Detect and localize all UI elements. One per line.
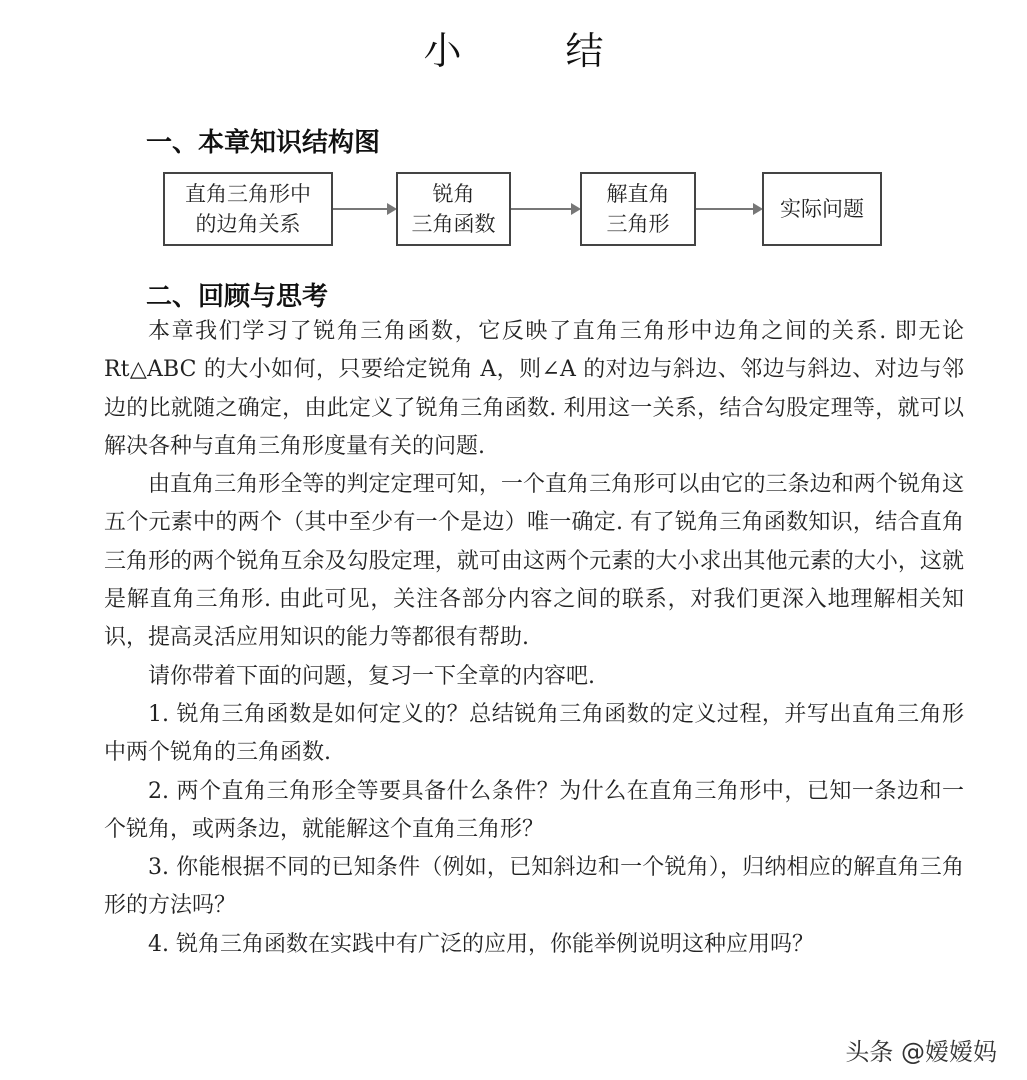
flow-box-practical-problems: 实际问题 xyxy=(762,172,882,246)
flow-box-line: 三角函数 xyxy=(412,209,496,239)
review-body: 本章我们学习了锐角三角函数，它反映了直角三角形中边角之间的关系. 即无论 Rt△… xyxy=(104,313,964,964)
arrow-icon xyxy=(333,208,395,210)
flow-box-line: 三角形 xyxy=(607,209,670,239)
question-item: 3. 你能根据不同的已知条件（例如，已知斜边和一个锐角），归纳相应的解直角三角形… xyxy=(104,849,964,926)
arrow-icon xyxy=(696,208,761,210)
question-item: 1. 锐角三角函数是如何定义的？总结锐角三角函数的定义过程，并写出直角三角形中两… xyxy=(104,696,964,773)
question-list: 1. 锐角三角函数是如何定义的？总结锐角三角函数的定义过程，并写出直角三角形中两… xyxy=(104,696,964,964)
section1-heading: 一、本章知识结构图 xyxy=(146,122,380,159)
flow-box-line: 解直角 xyxy=(607,179,670,209)
page-title: 小 结 xyxy=(0,20,1027,75)
flow-box-line: 实际问题 xyxy=(780,194,864,224)
paragraph-3: 请你带着下面的问题，复习一下全章的内容吧. xyxy=(104,658,964,696)
knowledge-flow-diagram: 直角三角形中的边角关系 锐角三角函数 解直角三角形 实际问题 xyxy=(163,172,883,248)
flow-box-solve-right-triangle: 解直角三角形 xyxy=(580,172,696,246)
flow-box-line: 直角三角形中 xyxy=(185,179,311,209)
flow-box-line: 锐角 xyxy=(412,179,496,209)
flow-box-acute-trig: 锐角三角函数 xyxy=(396,172,511,246)
watermark: 头条 @嫒嫒妈 xyxy=(845,1032,997,1067)
paragraph-1: 本章我们学习了锐角三角函数，它反映了直角三角形中边角之间的关系. 即无论 Rt△… xyxy=(104,313,964,466)
flow-box-line: 的边角关系 xyxy=(185,209,311,239)
question-item: 2. 两个直角三角形全等要具备什么条件？为什么在直角三角形中，已知一条边和一个锐… xyxy=(104,773,964,850)
arrow-icon xyxy=(511,208,579,210)
paragraph-2: 由直角三角形全等的判定定理可知，一个直角三角形可以由它的三条边和两个锐角这五个元… xyxy=(104,466,964,657)
flow-box-edge-angle-relation: 直角三角形中的边角关系 xyxy=(163,172,333,246)
question-item: 4. 锐角三角函数在实践中有广泛的应用，你能举例说明这种应用吗？ xyxy=(104,926,964,964)
section2-heading: 二、回顾与思考 xyxy=(146,276,328,313)
